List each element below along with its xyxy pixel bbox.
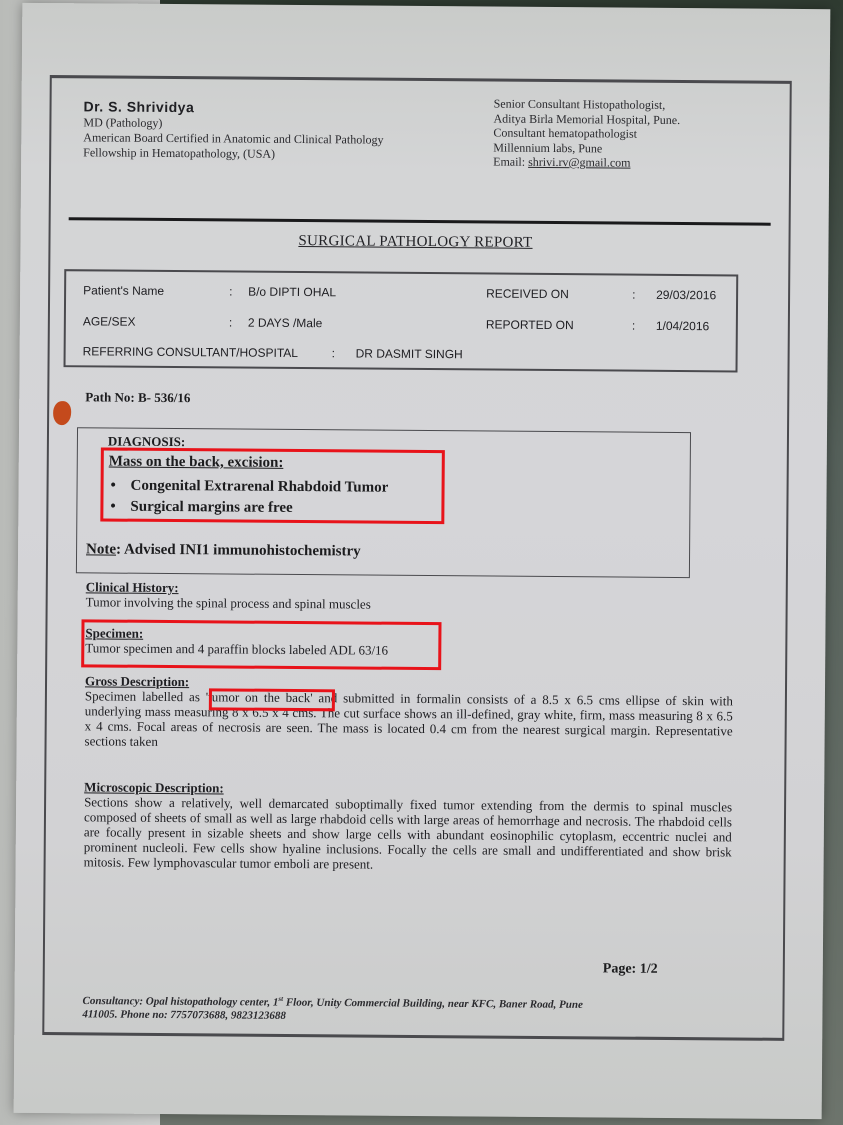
patient-name-row: Patient's Name : B/o DIPTI OHAL RECEIVED… (66, 283, 736, 306)
diagnosis-highlight-box (100, 447, 445, 524)
received-on-label: RECEIVED ON (486, 286, 569, 301)
specimen-highlight-box (81, 619, 441, 670)
gross-description-section: Gross Description: Specimen labelled as … (85, 673, 734, 753)
gross-label-highlight-box (209, 688, 335, 711)
separator: : (229, 284, 232, 298)
clinical-history-text: Tumor involving the spinal process and s… (86, 594, 371, 611)
credential-line: Fellowship in Hematopathology, (USA) (83, 145, 383, 162)
footer-text: Consultancy: Opal histopathology center,… (82, 995, 278, 1009)
affiliation-line: Consultant hematopathologist (493, 126, 680, 142)
separator: : (332, 346, 335, 360)
doctor-name: Dr. S. Shrividya (83, 99, 383, 116)
microscopic-description-text: Sections show a relatively, well demarca… (84, 794, 733, 874)
affiliation-line: Millennium labs, Pune (493, 140, 680, 156)
age-sex-value: 2 DAYS /Male (248, 316, 323, 331)
separator: : (632, 319, 635, 333)
doctor-affiliations: Senior Consultant Histopathologist, Adit… (493, 97, 680, 171)
microscopic-description-section: Microscopic Description: Sections show a… (84, 779, 733, 874)
gross-text-before: Specimen labelled as (85, 688, 206, 704)
path-number: Path No: B- 536/16 (85, 389, 190, 406)
email-link[interactable]: shrivi.rv@gmail.com (528, 155, 630, 170)
header-divider (69, 217, 771, 226)
patient-info-box: Patient's Name : B/o DIPTI OHAL RECEIVED… (64, 269, 739, 372)
separator: : (632, 288, 635, 302)
reported-on-label: REPORTED ON (486, 317, 574, 332)
affiliation-line: Aditya Birla Memorial Hospital, Pune. (493, 111, 680, 127)
note-label: Note (86, 541, 116, 557)
footer-consultancy: Consultancy: Opal histopathology center,… (82, 991, 742, 1026)
separator: : (229, 315, 232, 329)
footer-text: Floor, Unity Commercial Building, near K… (283, 997, 583, 1011)
patient-name-value: B/o DIPTI OHAL (248, 285, 336, 300)
email-line: Email: shrivi.rv@gmail.com (493, 155, 680, 171)
clinical-history-section: Clinical History: Tumor involving the sp… (86, 579, 371, 611)
patient-name-label: Patient's Name (83, 283, 164, 298)
diagnosis-note: Note: Advised INI1 immunohistochemistry (86, 541, 361, 560)
gross-description-text: Specimen labelled as 'tumor on the back'… (85, 688, 733, 753)
tape-mark (53, 401, 71, 425)
reported-on-value: 1/04/2016 (656, 319, 709, 333)
referring-label: REFERRING CONSULTANT/HOSPITAL (83, 344, 298, 360)
age-sex-label: AGE/SEX (83, 314, 136, 328)
note-text: : Advised INI1 immunohistochemistry (116, 542, 361, 560)
page-number: Page: 1/2 (603, 961, 658, 977)
referring-value: DR DASMIT SINGH (356, 346, 463, 361)
report-page: Dr. S. Shrividya MD (Pathology) American… (14, 3, 831, 1119)
received-on-value: 29/03/2016 (656, 288, 716, 302)
email-label: Email: (493, 155, 528, 169)
referring-row: REFERRING CONSULTANT/HOSPITAL : DR DASMI… (66, 344, 736, 367)
doctor-credentials: Dr. S. Shrividya MD (Pathology) American… (83, 99, 384, 162)
report-title: SURGICAL PATHOLOGY REPORT (20, 231, 810, 254)
affiliation-line: Senior Consultant Histopathologist, (494, 97, 681, 113)
age-sex-row: AGE/SEX : 2 DAYS /Male REPORTED ON : 1/0… (66, 314, 736, 337)
